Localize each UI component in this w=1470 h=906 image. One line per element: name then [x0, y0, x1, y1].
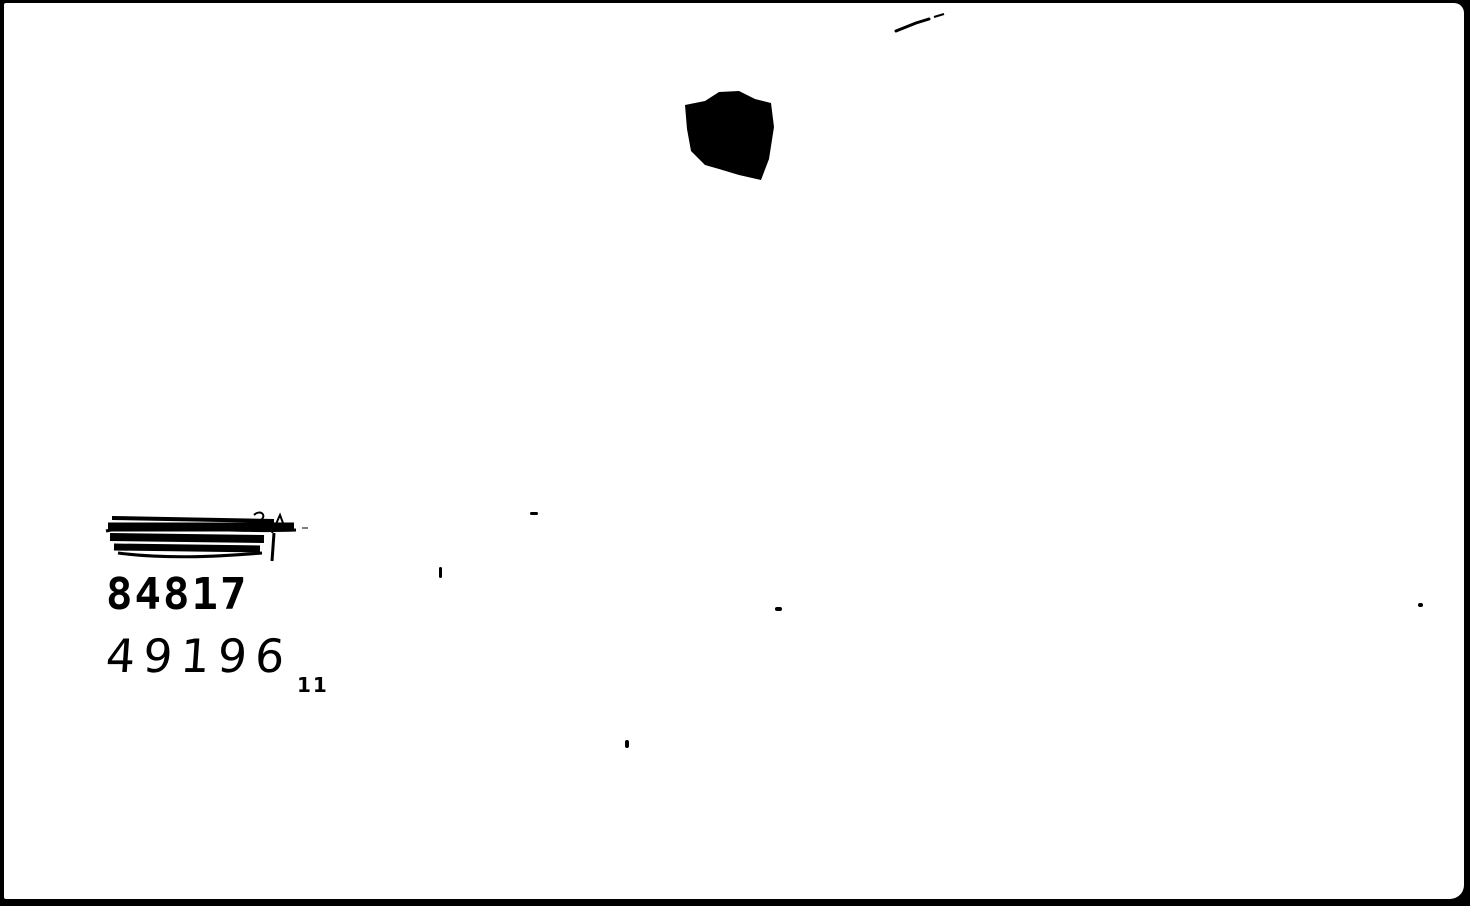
speck — [530, 512, 538, 515]
index-card: 84817 49196 11 — [4, 3, 1464, 899]
speck — [439, 567, 442, 578]
struck-out-entry — [104, 503, 314, 565]
punch-hole-icon — [683, 89, 775, 181]
scratch-mark-icon — [894, 9, 964, 35]
handwritten-number: 49196 — [104, 629, 294, 683]
card-bottom-edge — [0, 899, 1470, 906]
speck — [625, 740, 629, 748]
speck — [1418, 603, 1423, 607]
speck — [775, 607, 782, 611]
handwritten-suffix: 11 — [297, 673, 329, 697]
typed-number: 84817 — [106, 569, 248, 620]
